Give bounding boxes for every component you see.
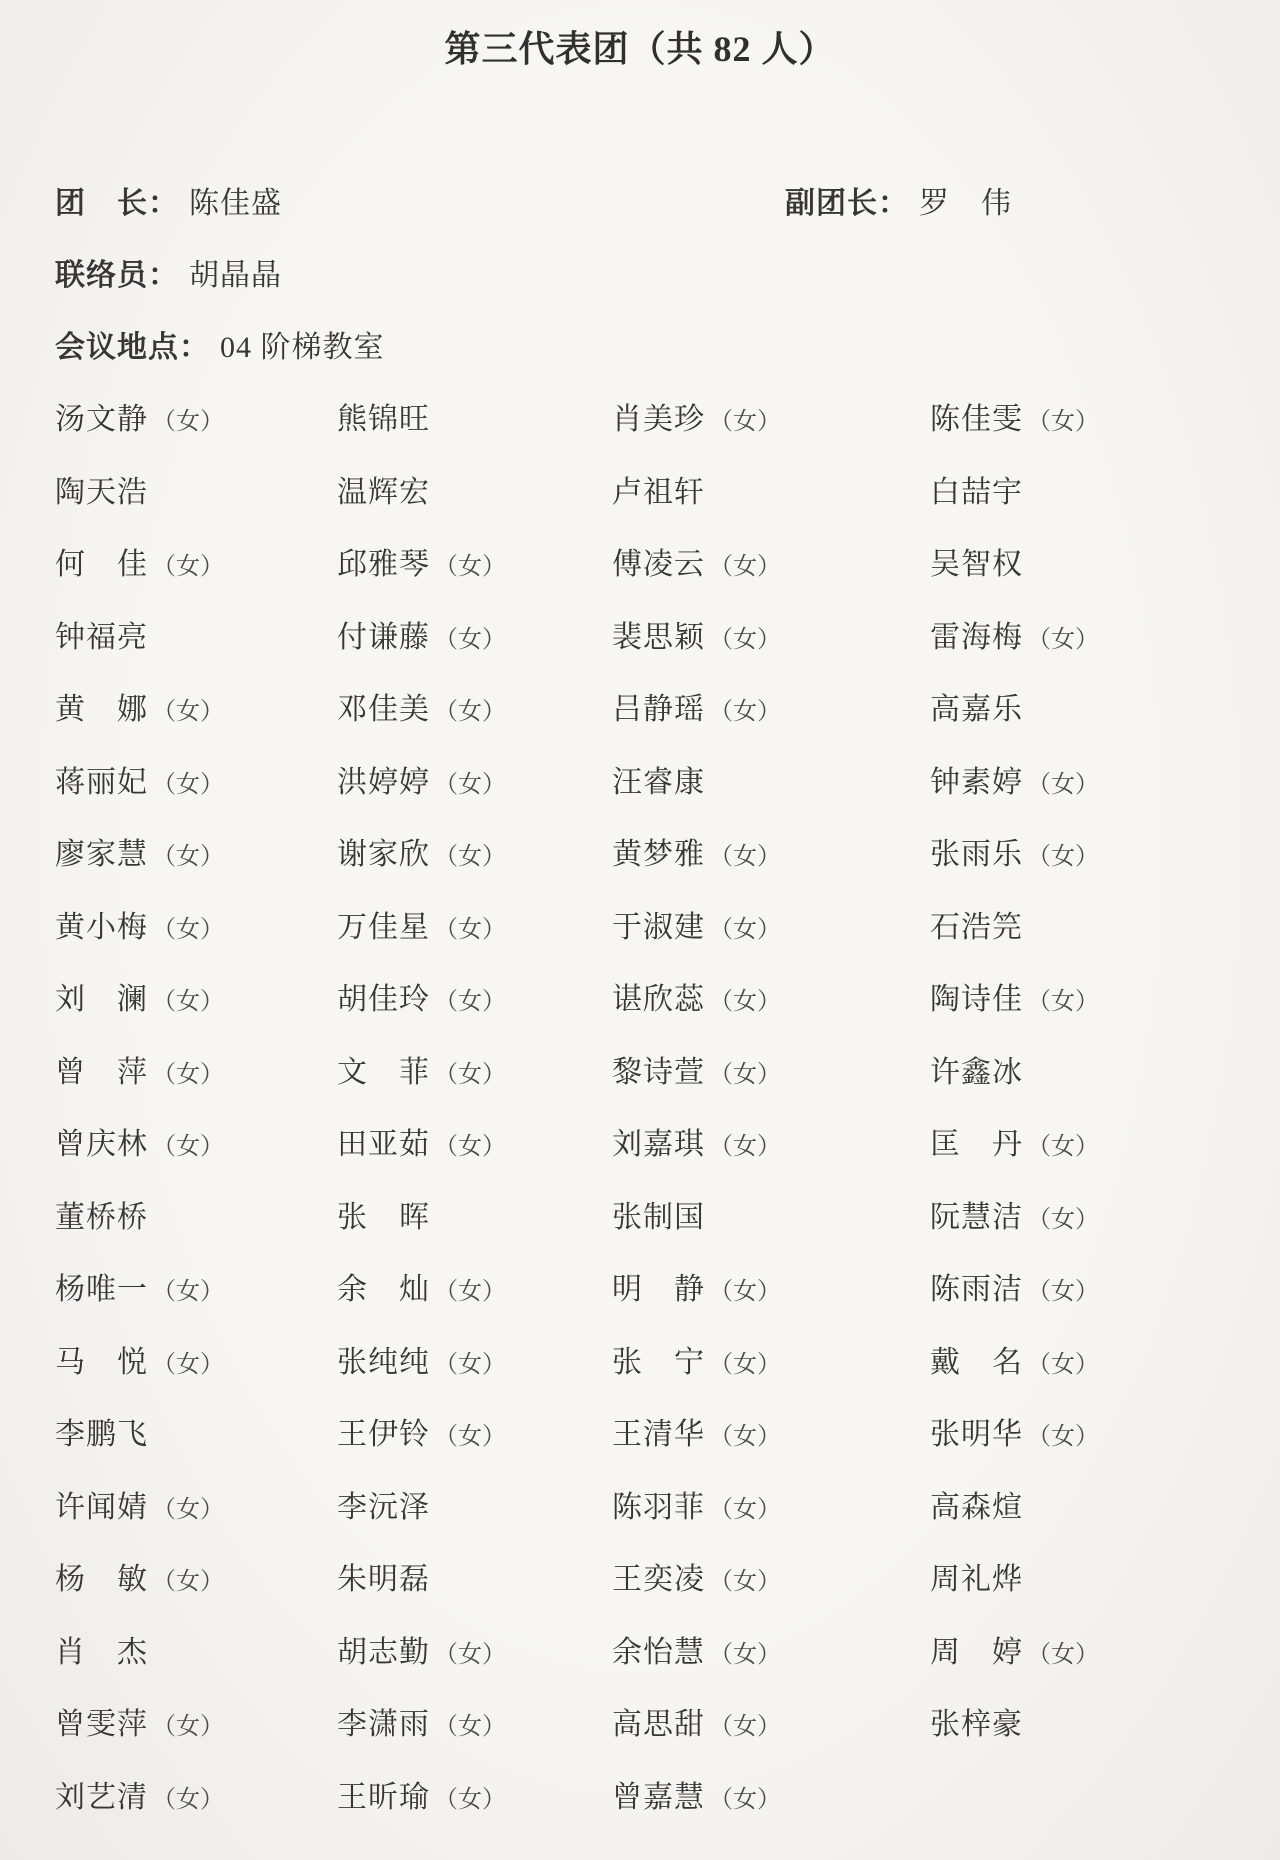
female-marker: （女） xyxy=(1027,409,1099,435)
female-marker: （女） xyxy=(709,1352,781,1378)
member-name: 马 悦（女） xyxy=(55,1337,337,1381)
member-name: 雷海梅（女） xyxy=(930,612,1225,656)
female-marker: （女） xyxy=(709,917,781,943)
member-name: 石浩笎 xyxy=(930,902,1225,946)
female-marker: （女） xyxy=(152,1062,224,1088)
female-marker: （女） xyxy=(1027,772,1099,798)
female-marker: （女） xyxy=(152,554,224,580)
member-name: 张 晖 xyxy=(337,1192,612,1236)
member-name: 钟素婷（女） xyxy=(930,757,1225,801)
member-name: 邱雅琴（女） xyxy=(337,539,612,583)
member-name: 阮慧洁（女） xyxy=(930,1192,1225,1236)
female-marker: （女） xyxy=(152,1714,224,1740)
member-name: 肖 杰 xyxy=(55,1627,337,1671)
member-name: 付谦藤（女） xyxy=(337,612,612,656)
female-marker: （女） xyxy=(434,772,506,798)
member-name: 万佳星（女） xyxy=(337,902,612,946)
member-name: 王昕瑜（女） xyxy=(337,1772,612,1816)
female-marker: （女） xyxy=(152,409,224,435)
female-marker: （女） xyxy=(434,1352,506,1378)
members-grid: 汤文静（女）熊锦旺肖美珍（女）陈佳雯（女）陶天浩温辉宏卢祖轩白喆宇何 佳（女）邱… xyxy=(55,380,1225,1830)
venue-label: 会议地点： xyxy=(55,322,210,366)
member-name: 陈羽菲（女） xyxy=(612,1482,930,1526)
member-name: 卢祖轩 xyxy=(612,467,930,511)
member-name: 戴 名（女） xyxy=(930,1337,1225,1381)
member-name: 许闻婧（女） xyxy=(55,1482,337,1526)
female-marker: （女） xyxy=(709,409,781,435)
member-name: 李沅泽 xyxy=(337,1482,612,1526)
member-name: 刘艺清（女） xyxy=(55,1772,337,1816)
female-marker: （女） xyxy=(709,1279,781,1305)
member-name: 陶诗佳（女） xyxy=(930,974,1225,1018)
female-marker: （女） xyxy=(434,699,506,725)
member-name: 张雨乐（女） xyxy=(930,829,1225,873)
member-name: 谢家欣（女） xyxy=(337,829,612,873)
member-name: 黄 娜（女） xyxy=(55,684,337,728)
female-marker: （女） xyxy=(434,554,506,580)
female-marker: （女） xyxy=(709,699,781,725)
member-name: 余怡慧（女） xyxy=(612,1627,930,1671)
member-name: 刘嘉琪（女） xyxy=(612,1119,930,1163)
member-name: 周 婷（女） xyxy=(930,1627,1225,1671)
member-name: 陶天浩 xyxy=(55,467,337,511)
member-name: 傅凌云（女） xyxy=(612,539,930,583)
female-marker: （女） xyxy=(709,627,781,653)
member-name: 白喆宇 xyxy=(930,467,1225,511)
female-marker: （女） xyxy=(709,1424,781,1450)
female-marker: （女） xyxy=(152,699,224,725)
female-marker: （女） xyxy=(434,1424,506,1450)
female-marker: （女） xyxy=(152,1279,224,1305)
leader-line: 团 长： 陈佳盛 副团长： 罗 伟 xyxy=(55,164,1225,236)
member-name: 黄梦雅（女） xyxy=(612,829,930,873)
female-marker: （女） xyxy=(434,1279,506,1305)
female-marker: （女） xyxy=(709,1062,781,1088)
member-name: 陈雨洁（女） xyxy=(930,1264,1225,1308)
member-name: 温辉宏 xyxy=(337,467,612,511)
female-marker: （女） xyxy=(1027,627,1099,653)
female-marker: （女） xyxy=(709,554,781,580)
deputy-leader-label: 副团长： xyxy=(785,178,909,222)
liaison-label: 联络员： xyxy=(55,250,179,294)
member-name: 何 佳（女） xyxy=(55,539,337,583)
liaison-name: 胡晶晶 xyxy=(189,250,282,294)
member-name: 钟福亮 xyxy=(55,612,337,656)
member-name: 明 静（女） xyxy=(612,1264,930,1308)
delegation-roster-document: 第三代表团（共 82 人） 团 长： 陈佳盛 副团长： 罗 伟 联络员： 胡晶晶… xyxy=(0,0,1280,1830)
female-marker: （女） xyxy=(152,1787,224,1813)
member-name: 王清华（女） xyxy=(612,1409,930,1453)
member-name: 余 灿（女） xyxy=(337,1264,612,1308)
member-name: 谌欣蕊（女） xyxy=(612,974,930,1018)
member-name: 杨唯一（女） xyxy=(55,1264,337,1308)
member-name: 张明华（女） xyxy=(930,1409,1225,1453)
member-name: 李鹏飞 xyxy=(55,1409,337,1453)
member-name: 曾雯萍（女） xyxy=(55,1699,337,1743)
female-marker: （女） xyxy=(434,989,506,1015)
female-marker: （女） xyxy=(434,1062,506,1088)
female-marker: （女） xyxy=(709,1569,781,1595)
venue-value: 04 阶梯教室 xyxy=(220,322,385,366)
leader-label: 团 长： xyxy=(55,178,179,222)
member-name: 熊锦旺 xyxy=(337,394,612,438)
deputy-leader-group: 副团长： 罗 伟 xyxy=(785,164,1012,236)
member-name: 邓佳美（女） xyxy=(337,684,612,728)
member-name: 肖美珍（女） xyxy=(612,394,930,438)
female-marker: （女） xyxy=(152,917,224,943)
member-name: 张制国 xyxy=(612,1192,930,1236)
venue-line: 会议地点： 04 阶梯教室 xyxy=(55,308,1225,380)
female-marker: （女） xyxy=(152,1569,224,1595)
female-marker: （女） xyxy=(434,1134,506,1160)
member-name: 高森煊 xyxy=(930,1482,1225,1526)
member-name: 田亚茹（女） xyxy=(337,1119,612,1163)
female-marker: （女） xyxy=(152,1497,224,1523)
member-name: 张 宁（女） xyxy=(612,1337,930,1381)
member-name: 匡 丹（女） xyxy=(930,1119,1225,1163)
liaison-line: 联络员： 胡晶晶 xyxy=(55,236,1225,308)
female-marker: （女） xyxy=(434,917,506,943)
female-marker: （女） xyxy=(1027,1352,1099,1378)
female-marker: （女） xyxy=(709,844,781,870)
member-name: 高思甜（女） xyxy=(612,1699,930,1743)
female-marker: （女） xyxy=(709,989,781,1015)
member-name: 黄小梅（女） xyxy=(55,902,337,946)
female-marker: （女） xyxy=(709,1642,781,1668)
page-title: 第三代表团（共 82 人） xyxy=(55,0,1225,73)
female-marker: （女） xyxy=(152,989,224,1015)
female-marker: （女） xyxy=(1027,989,1099,1015)
female-marker: （女） xyxy=(434,844,506,870)
female-marker: （女） xyxy=(1027,1424,1099,1450)
member-name: 汪睿康 xyxy=(612,757,930,801)
female-marker: （女） xyxy=(152,844,224,870)
member-name: 曾庆林（女） xyxy=(55,1119,337,1163)
member-name: 裴思颖（女） xyxy=(612,612,930,656)
member-name: 高嘉乐 xyxy=(930,684,1225,728)
female-marker: （女） xyxy=(1027,1207,1099,1233)
member-name: 周礼烨 xyxy=(930,1554,1225,1598)
female-marker: （女） xyxy=(434,1787,506,1813)
member-name: 杨 敏（女） xyxy=(55,1554,337,1598)
female-marker: （女） xyxy=(1027,1642,1099,1668)
member-name: 陈佳雯（女） xyxy=(930,394,1225,438)
member-name: 曾嘉慧（女） xyxy=(612,1772,930,1816)
female-marker: （女） xyxy=(709,1134,781,1160)
female-marker: （女） xyxy=(1027,1279,1099,1305)
member-name: 王奕凌（女） xyxy=(612,1554,930,1598)
member-name: 于淑建（女） xyxy=(612,902,930,946)
member-name: 洪婷婷（女） xyxy=(337,757,612,801)
female-marker: （女） xyxy=(434,1642,506,1668)
member-name: 廖家慧（女） xyxy=(55,829,337,873)
member-name: 许鑫冰 xyxy=(930,1047,1225,1091)
member-name: 胡佳玲（女） xyxy=(337,974,612,1018)
member-name: 张纯纯（女） xyxy=(337,1337,612,1381)
female-marker: （女） xyxy=(152,772,224,798)
member-name: 曾 萍（女） xyxy=(55,1047,337,1091)
deputy-leader-name: 罗 伟 xyxy=(919,178,1012,222)
female-marker: （女） xyxy=(152,1134,224,1160)
member-name: 王伊铃（女） xyxy=(337,1409,612,1453)
member-name: 朱明磊 xyxy=(337,1554,612,1598)
member-name: 胡志勤（女） xyxy=(337,1627,612,1671)
member-name: 吴智权 xyxy=(930,539,1225,583)
female-marker: （女） xyxy=(434,1714,506,1740)
member-name: 刘 澜（女） xyxy=(55,974,337,1018)
member-name: 文 菲（女） xyxy=(337,1047,612,1091)
member-name: 汤文静（女） xyxy=(55,394,337,438)
female-marker: （女） xyxy=(1027,844,1099,870)
female-marker: （女） xyxy=(709,1714,781,1740)
member-name: 张梓豪 xyxy=(930,1699,1225,1743)
member-name: 李潇雨（女） xyxy=(337,1699,612,1743)
document-header: 团 长： 陈佳盛 副团长： 罗 伟 联络员： 胡晶晶 会议地点： 04 阶梯教室 xyxy=(55,164,1225,380)
member-name: 董桥桥 xyxy=(55,1192,337,1236)
member-name: 黎诗萱（女） xyxy=(612,1047,930,1091)
leader-name: 陈佳盛 xyxy=(189,178,282,222)
female-marker: （女） xyxy=(709,1787,781,1813)
member-name: 吕静瑶（女） xyxy=(612,684,930,728)
female-marker: （女） xyxy=(434,627,506,653)
female-marker: （女） xyxy=(709,1497,781,1523)
female-marker: （女） xyxy=(1027,1134,1099,1160)
female-marker: （女） xyxy=(152,1352,224,1378)
member-name: 蒋丽妃（女） xyxy=(55,757,337,801)
